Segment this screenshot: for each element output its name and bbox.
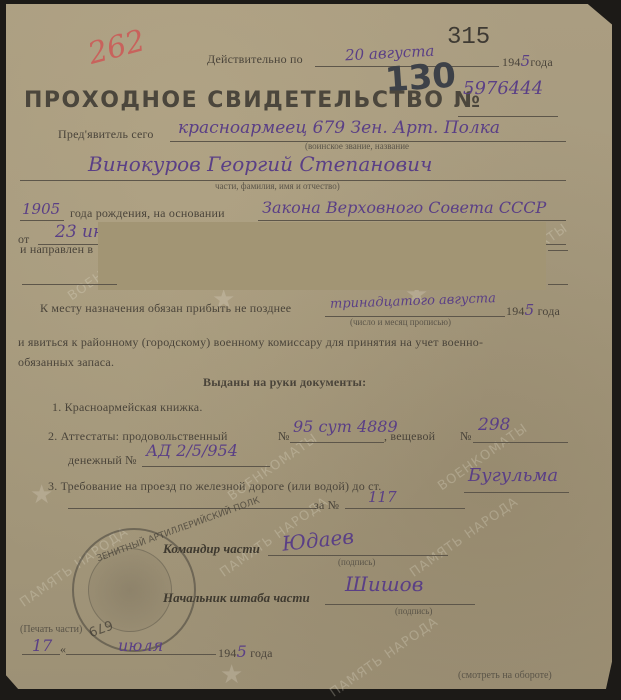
valid-until-year: 1945года [502, 52, 553, 70]
no-sign: № [460, 429, 472, 444]
valid-until-label: Действительно по [207, 52, 303, 67]
chief-of-staff-signature: Шишов [345, 572, 423, 596]
clothing-label: , вещевой [384, 429, 435, 444]
bearer-label: Пред'явитель сего [58, 127, 154, 142]
document-item-3-label: 3. Требование на проезд по железной доро… [48, 479, 381, 494]
caption-signature: (подпись) [338, 557, 375, 567]
seal-caption: (Печать части) [20, 624, 82, 635]
clothing-attestation-value: 298 [478, 415, 510, 435]
stamp-number: 315 [447, 24, 490, 51]
issue-month: июля [118, 636, 163, 655]
document-item-1: 1. Красноармейская книжка. [52, 400, 203, 415]
arrival-label: К месту назначения обязан прибыть не поз… [40, 301, 291, 316]
money-label: денежный № [68, 453, 137, 468]
caption-rank: (воинское звание, название [305, 141, 409, 151]
station-value: Бугульма [468, 465, 558, 486]
money-attestation-value: АД 2/5/954 [146, 441, 238, 460]
no-sign: № [278, 429, 290, 444]
caption-name: части, фамилия, имя и отчество) [215, 181, 340, 191]
chief-of-staff-label: Начальник штаба части [163, 590, 310, 606]
document-number: 5976444 [463, 78, 543, 99]
arrival-year: 1945 года [506, 301, 560, 319]
documents-heading: Выданы на руки документы: [203, 375, 366, 390]
caption-signature: (подпись) [395, 606, 432, 616]
commander-label: Командир части [163, 541, 260, 557]
bearer-rank-unit: красноармеец 679 Зен. Арт. Полка [178, 118, 500, 138]
birth-year: 1905 [22, 200, 60, 218]
za-no-label: за № [314, 498, 339, 513]
caption-arrival: (число и месяц прописью) [350, 317, 451, 327]
basis-value: Закона Верховного Совета СССР [262, 198, 546, 217]
arrival-line-2: и явиться к районному (городскому) военн… [18, 335, 483, 350]
issue-year: 1945 года [218, 642, 273, 661]
sent-to-label: и направлен в [20, 242, 93, 257]
issue-day: 17 [32, 636, 52, 655]
star-icon: ★ [220, 660, 243, 690]
birth-label: года рождения, на основании [70, 206, 225, 221]
redacted-area [98, 222, 546, 290]
za-no-value: 117 [368, 488, 397, 506]
food-attestation-value: 95 сут 4889 [293, 417, 398, 436]
document-title: ПРОХОДНОЕ СВИДЕТЕЛЬСТВО № [24, 88, 482, 113]
arrival-line-3: обязанных запаса. [18, 355, 114, 370]
footer-note: (смотреть на обороте) [458, 670, 552, 681]
bearer-full-name: Винокуров Георгий Степанович [88, 152, 432, 176]
